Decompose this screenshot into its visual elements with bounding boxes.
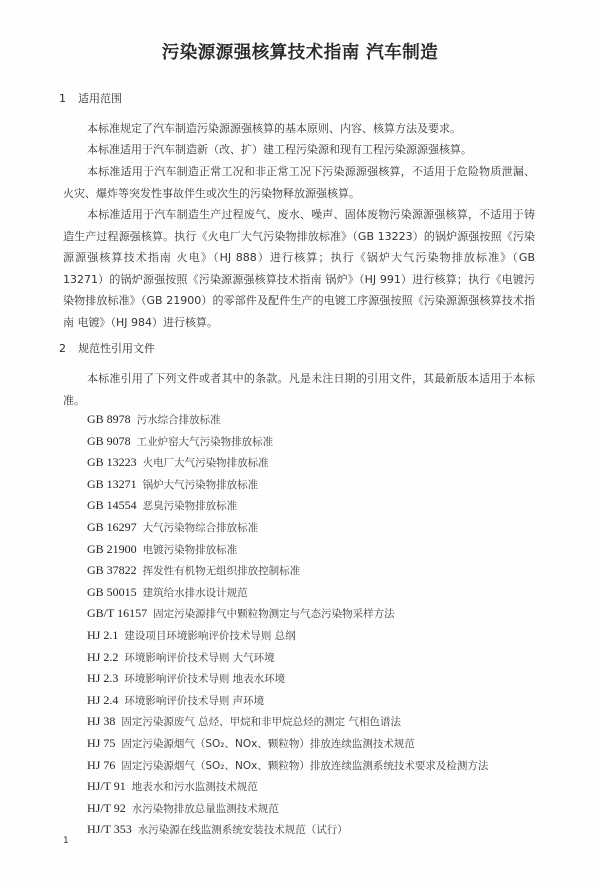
reference-code: GB 21900	[87, 539, 137, 561]
reference-title: 环境影响评价技术导则 声环境	[124, 695, 264, 707]
paragraph: 本标准引用了下列文件或者其中的条款。凡是未注日期的引用文件，其最新版本适用于本标…	[63, 368, 535, 411]
reference-code: GB 9078	[87, 431, 131, 453]
reference-item: HJ 2.1建设项目环境影响评价技术导则 总纲	[87, 625, 488, 647]
reference-code: HJ/T 91	[87, 776, 126, 798]
reference-code: GB/T 16157	[87, 603, 147, 625]
reference-code: HJ 75	[87, 733, 115, 755]
reference-title: 污水综合排放标准	[137, 414, 221, 426]
reference-item: GB/T 16157固定污染源排气中颗粒物测定与气态污染物采样方法	[87, 603, 488, 625]
reference-title: 固定污染源排气中颗粒物测定与气态污染物采样方法	[153, 608, 395, 620]
reference-title: 固定污染源烟气（SO₂、NOx、颗粒物）排放连续监测技术规范	[121, 738, 414, 750]
reference-item: HJ/T 353水污染源在线监测系统安装技术规范（试行）	[87, 819, 488, 841]
paragraph: 本标准适用于汽车制造正常工况和非正常工况下污染源源强核算，不适用于危险物质泄漏、…	[63, 161, 535, 204]
section-number: 1	[59, 92, 78, 105]
document-title: 污染源源强核算技术指南 汽车制造	[0, 39, 600, 64]
reference-title: 水污染物排放总量监测技术规范	[132, 803, 279, 815]
reference-title: 固定污染源烟气（SO₂、NOx、颗粒物）排放连续监测系统技术要求及检测方法	[121, 760, 488, 772]
reference-code: HJ/T 353	[87, 819, 132, 841]
reference-item: HJ/T 92水污染物排放总量监测技术规范	[87, 798, 488, 820]
page-number: 1	[63, 836, 69, 846]
reference-title: 环境影响评价技术导则 地表水环境	[124, 673, 285, 685]
reference-code: GB 16297	[87, 517, 137, 539]
reference-code: HJ 2.1	[87, 625, 118, 647]
reference-item: GB 21900电镀污染物排放标准	[87, 539, 488, 561]
reference-item: GB 9078工业炉窑大气污染物排放标准	[87, 431, 488, 453]
reference-item: HJ 2.4环境影响评价技术导则 声环境	[87, 690, 488, 712]
reference-item: GB 37822挥发性有机物无组织排放控制标准	[87, 560, 488, 582]
reference-item: GB 50015建筑给水排水设计规范	[87, 582, 488, 604]
reference-title: 建筑给水排水设计规范	[143, 587, 248, 599]
section-title: 适用范围	[78, 92, 122, 105]
reference-code: GB 13271	[87, 474, 137, 496]
section-heading-scope: 1适用范围	[59, 90, 122, 106]
reference-item: GB 13271锅炉大气污染物排放标准	[87, 474, 488, 496]
reference-item: HJ 2.2环境影响评价技术导则 大气环境	[87, 647, 488, 669]
reference-item: HJ/T 91地表水和污水监测技术规范	[87, 776, 488, 798]
reference-code: GB 14554	[87, 495, 137, 517]
reference-item: GB 14554恶臭污染物排放标准	[87, 495, 488, 517]
section-title: 规范性引用文件	[78, 342, 155, 355]
section-number: 2	[59, 342, 78, 355]
reference-code: HJ 38	[87, 711, 115, 733]
reference-item: GB 16297大气污染物综合排放标准	[87, 517, 488, 539]
reference-title: 水污染源在线监测系统安装技术规范（试行）	[138, 824, 348, 836]
reference-item: HJ 2.3环境影响评价技术导则 地表水环境	[87, 668, 488, 690]
reference-item: HJ 75固定污染源烟气（SO₂、NOx、颗粒物）排放连续监测技术规范	[87, 733, 488, 755]
paragraph: 本标准适用于汽车制造生产过程废气、废水、噪声、固体废物污染源源强核算，不适用于铸…	[63, 204, 535, 333]
reference-code: HJ 2.2	[87, 647, 118, 669]
reference-code: HJ/T 92	[87, 798, 126, 820]
reference-code: GB 13223	[87, 452, 137, 474]
reference-title: 恶臭污染物排放标准	[143, 500, 238, 512]
reference-code: HJ 2.4	[87, 690, 118, 712]
reference-code: HJ 2.3	[87, 668, 118, 690]
reference-title: 电镀污染物排放标准	[143, 544, 238, 556]
paragraph: 本标准适用于汽车制造新（改、扩）建工程污染源和现有工程污染源源强核算。	[63, 139, 535, 161]
reference-title: 大气污染物综合排放标准	[143, 522, 259, 534]
reference-title: 锅炉大气污染物排放标准	[143, 479, 259, 491]
reference-title: 地表水和污水监测技术规范	[132, 781, 258, 793]
reference-item: HJ 38固定污染源废气 总烃、甲烷和非甲烷总烃的测定 气相色谱法	[87, 711, 488, 733]
reference-title: 建设项目环境影响评价技术导则 总纲	[124, 630, 295, 642]
reference-code: HJ 76	[87, 755, 115, 777]
reference-code: GB 50015	[87, 582, 137, 604]
reference-title: 工业炉窑大气污染物排放标准	[137, 436, 274, 448]
reference-list: GB 8978污水综合排放标准 GB 9078工业炉窑大气污染物排放标准 GB …	[87, 409, 488, 841]
reference-title: 环境影响评价技术导则 大气环境	[124, 652, 274, 664]
reference-title: 固定污染源废气 总烃、甲烷和非甲烷总烃的测定 气相色谱法	[121, 716, 401, 728]
paragraph: 本标准规定了汽车制造污染源源强核算的基本原则、内容、核算方法及要求。	[63, 118, 535, 140]
reference-item: GB 13223火电厂大气污染物排放标准	[87, 452, 488, 474]
reference-item: GB 8978污水综合排放标准	[87, 409, 488, 431]
reference-title: 挥发性有机物无组织排放控制标准	[143, 565, 301, 577]
reference-code: GB 8978	[87, 409, 131, 431]
reference-title: 火电厂大气污染物排放标准	[143, 457, 269, 469]
section-heading-normative-references: 2规范性引用文件	[59, 340, 155, 356]
document-page: 污染源源强核算技术指南 汽车制造 1适用范围 本标准规定了汽车制造污染源源强核算…	[0, 0, 600, 883]
reference-item: HJ 76固定污染源烟气（SO₂、NOx、颗粒物）排放连续监测系统技术要求及检测…	[87, 755, 488, 777]
reference-code: GB 37822	[87, 560, 137, 582]
